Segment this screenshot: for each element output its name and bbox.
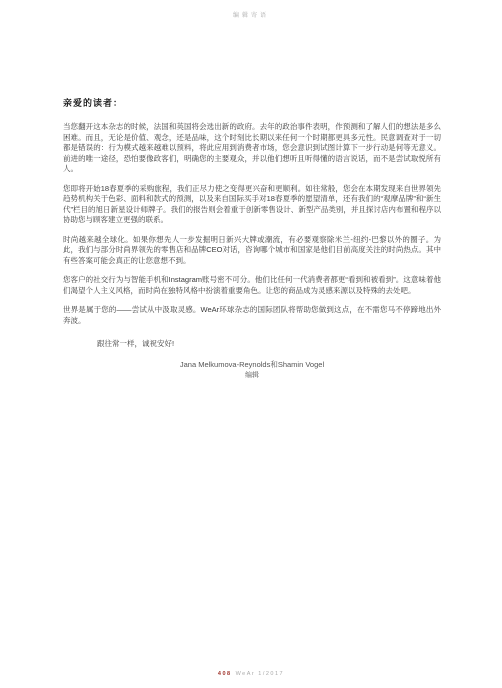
closing-line: 跟往常一样，诚祝安好! [97,339,441,350]
letter-paragraph-4: 您客户的社交行为与智能手机和Instagram账号密不可分。他们比任何一代消费者… [63,275,441,296]
salutation: 亲爱的读者： [63,96,441,109]
editor-letter: 亲爱的读者： 当您翻开这本杂志的时候，法国和英国将会选出新的政府。去年的政治事件… [63,96,441,381]
page-number: 408 [218,671,232,677]
signature-names: Jana Melkumova-Reynolds和Shamin Vogel [63,359,441,370]
signature-role: 编辑 [63,370,441,381]
section-header: 编辑寄语 [0,10,502,19]
letter-paragraph-5: 世界是属于您的——尝试从中汲取灵感。WeAr环球杂志的国际团队将帮助您做到这点，… [63,305,441,326]
signature-block: Jana Melkumova-Reynolds和Shamin Vogel 编辑 [63,359,441,381]
magazine-page: 编辑寄语 亲爱的读者： 当您翻开这本杂志的时候，法国和英国将会选出新的政府。去年… [0,0,502,688]
letter-paragraph-3: 时尚越来越全球化。如果你想先人一步发掘明日新兴大牌或潮流，有必要观察除米兰-纽约… [63,235,441,267]
page-footer: 408WeAr 1/2017 [0,671,502,677]
letter-paragraph-2: 您即将开始18春夏季的采购旅程，我们正尽力使之变得更兴奋和更顺利。如往常般，您会… [63,184,441,226]
letter-paragraph-1: 当您翻开这本杂志的时候，法国和英国将会选出新的政府。去年的政治事件表明，作预测和… [63,122,441,175]
issue-label: WeAr 1/2017 [236,671,285,677]
